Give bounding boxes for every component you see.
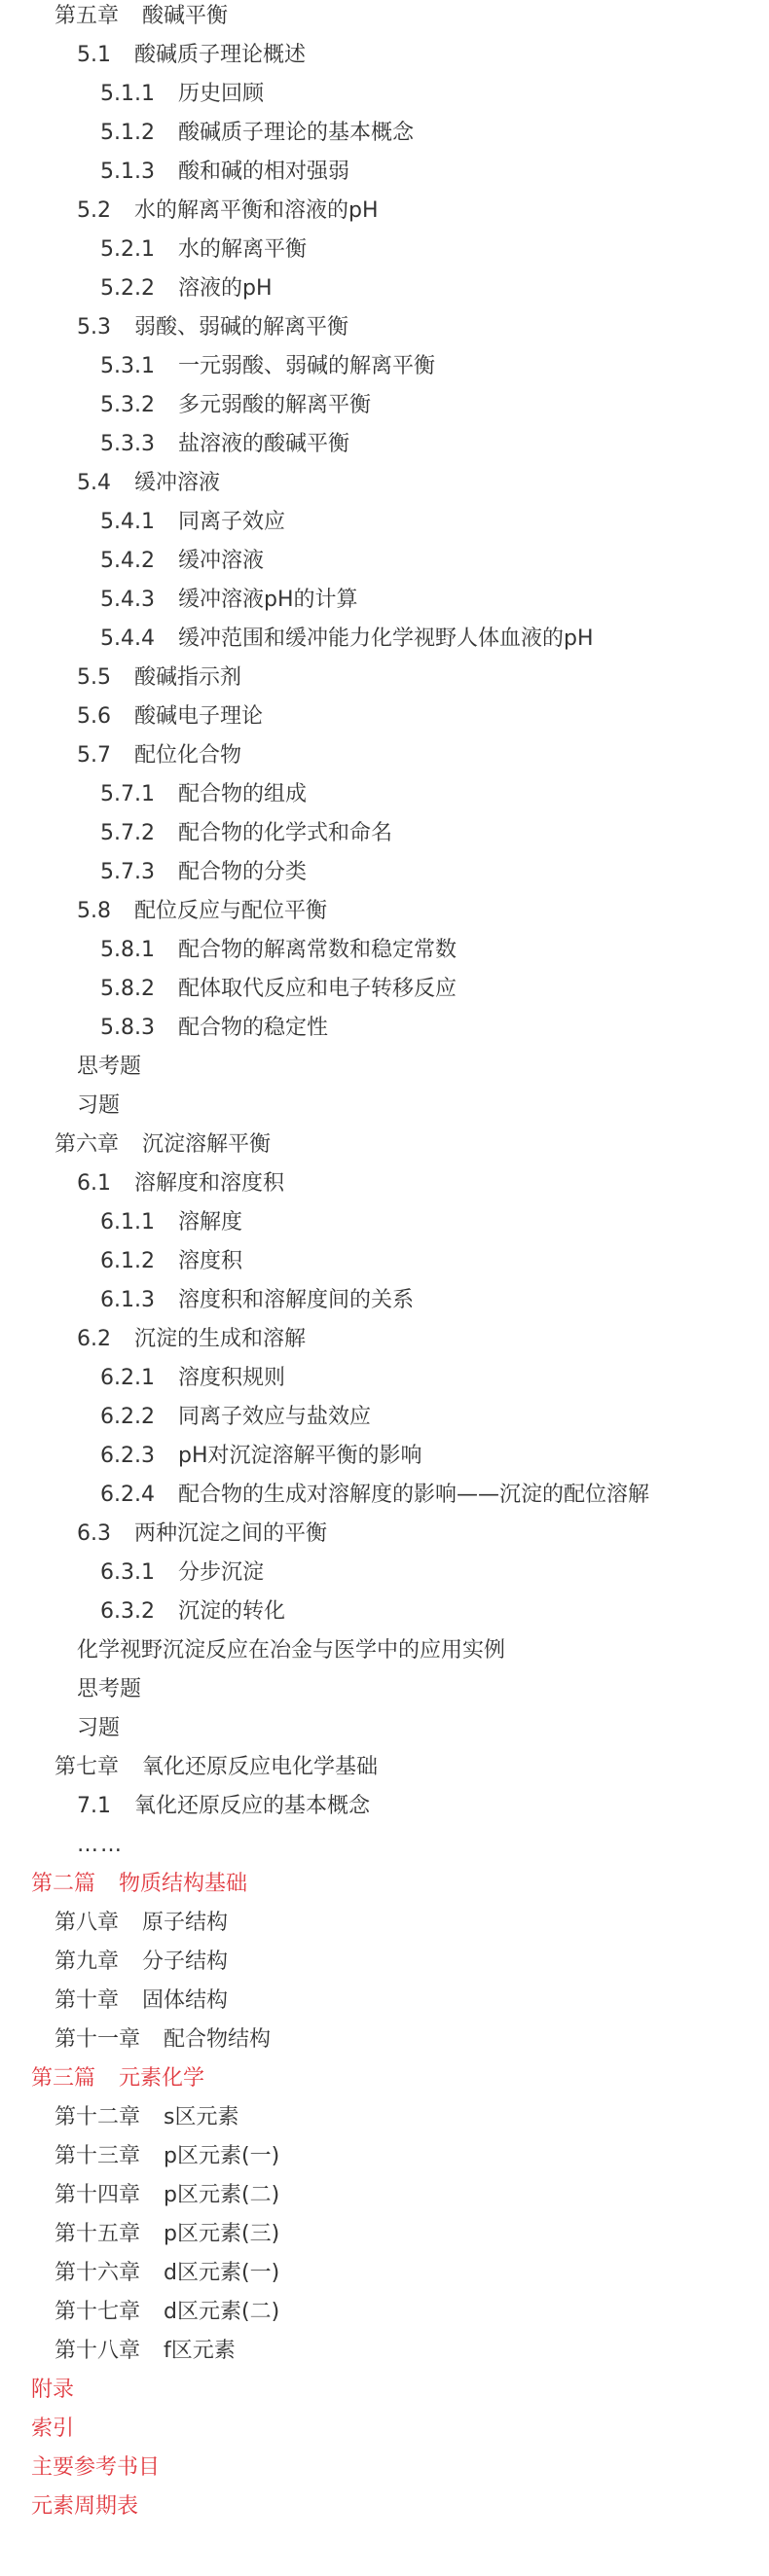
toc-title: 水的解离平衡 [178,237,307,262]
toc-title: 溶解度和溶度积 [134,1171,284,1196]
toc-subsection-link[interactable]: 6.1.3溶度积和溶解度间的关系 [0,1281,769,1320]
toc-number: 5.4.3 [100,581,155,620]
toc-subsection-link[interactable]: 6.2.4配合物的生成对溶解度的影响——沉淀的配位溶解 [0,1476,769,1515]
toc-title: 配位化合物 [134,743,241,768]
toc-number: 7.1 [77,1787,111,1826]
toc-subsection-link[interactable]: 5.2.2溶液的pH [0,269,769,308]
toc-title: 配合物的稳定性 [178,1016,328,1040]
toc-number: 5.1.1 [100,75,155,114]
toc-title: 同离子效应与盐效应 [178,1405,371,1429]
toc-title: pH对沉淀溶解平衡的影响 [178,1444,422,1468]
toc-subsection-link[interactable]: 5.7.3配合物的分类 [0,853,769,892]
toc-number: 第十六章 [55,2254,140,2293]
toc-section-link[interactable]: 6.3两种沉淀之间的平衡 [0,1515,769,1554]
toc-chapter-link[interactable]: 第十四章p区元素(二) [0,2176,769,2215]
toc-number: 6.2.3 [100,1437,155,1476]
toc-number: 5.7 [77,736,111,775]
toc-section-link[interactable]: 5.3弱酸、弱碱的解离平衡 [0,308,769,347]
toc-title: 弱酸、弱碱的解离平衡 [134,315,348,340]
toc-subsection-link[interactable]: 6.2.1溶度积规则 [0,1359,769,1398]
toc-subsection-link[interactable]: 5.7.2配合物的化学式和命名 [0,814,769,853]
toc-title: 配合物的解离常数和稳定常数 [178,938,457,962]
toc-title: 配合物的生成对溶解度的影响——沉淀的配位溶解 [178,1483,649,1507]
toc-section-link[interactable]: 化学视野沉淀反应在冶金与医学中的应用实例 [0,1631,769,1670]
toc-number: 5.1 [77,36,111,75]
toc-title: 酸碱指示剂 [134,665,241,690]
toc-chapter-link[interactable]: 第九章分子结构 [0,1943,769,1982]
toc-number: 5.2.2 [100,269,155,308]
toc-number: 5.7.2 [100,814,155,853]
toc-number: 第十一章 [55,2021,140,2059]
toc-number: 6.2.4 [100,1476,155,1515]
toc-number: 第十五章 [55,2215,140,2254]
toc-title: d区元素(二) [164,2300,279,2324]
toc-chapter-link[interactable]: 第十八章f区元素 [0,2332,769,2371]
toc-part-link[interactable]: 第二篇物质结构基础 [0,1865,769,1904]
toc-number: 第九章 [55,1943,119,1982]
toc-title: 附录 [31,2378,74,2402]
toc-subsection-link[interactable]: 5.7.1配合物的组成 [0,775,769,814]
toc-chapter-link[interactable]: 第六章沉淀溶解平衡 [0,1126,769,1164]
toc-subsection-link[interactable]: 5.8.2配体取代反应和电子转移反应 [0,970,769,1009]
toc-chapter-link[interactable]: 第七章氧化还原反应电化学基础 [0,1748,769,1787]
toc-number: 第三篇 [31,2059,95,2098]
toc-number: 5.8 [77,892,111,931]
toc-subsection-link[interactable]: 6.2.2同离子效应与盐效应 [0,1398,769,1437]
toc-title: 氧化还原反应的基本概念 [134,1794,370,1818]
toc-subsection-link[interactable]: 5.8.1配合物的解离常数和稳定常数 [0,931,769,970]
toc-title: 酸碱质子理论的基本概念 [178,121,414,145]
toc-title: 沉淀溶解平衡 [142,1132,271,1157]
toc-number: 第五章 [55,0,119,36]
toc-chapter-link[interactable]: 第十六章d区元素(一) [0,2254,769,2293]
toc-title: 沉淀的转化 [178,1599,285,1624]
toc-title: 多元弱酸的解离平衡 [178,393,371,417]
toc-title: s区元素 [164,2105,238,2129]
toc-subsection-link[interactable]: 5.8.3配合物的稳定性 [0,1009,769,1048]
toc-subsection-link[interactable]: 5.1.1历史回顾 [0,75,769,114]
toc-section-link[interactable]: 5.2水的解离平衡和溶液的pH [0,192,769,231]
toc-title: 配体取代反应和电子转移反应 [178,977,457,1001]
toc-section-link[interactable]: 习题 [0,1709,769,1748]
toc-title: d区元素(一) [164,2261,279,2285]
toc-number: 第七章 [55,1748,119,1787]
toc-title: 分步沉淀 [178,1560,264,1585]
toc-number: 5.7.3 [100,853,155,892]
toc-number: 6.1.3 [100,1281,155,1320]
toc-title: p区元素(一) [164,2144,279,2168]
toc-subsection-link[interactable]: 6.3.1分步沉淀 [0,1554,769,1592]
toc-title: 酸碱质子理论概述 [134,43,306,67]
toc-number: 5.4 [77,464,111,503]
toc-number: 6.2 [77,1320,111,1359]
toc-subsection-link[interactable]: 5.4.3缓冲溶液pH的计算 [0,581,769,620]
toc-number: 第六章 [55,1126,119,1164]
toc-section-link[interactable]: 5.1酸碱质子理论概述 [0,36,769,75]
toc-subsection-link[interactable]: 5.2.1水的解离平衡 [0,231,769,269]
toc-number: 5.6 [77,698,111,736]
toc-subsection-link[interactable]: 5.4.2缓冲溶液 [0,542,769,581]
toc-subsection-link[interactable]: 6.1.1溶解度 [0,1203,769,1242]
toc-title: 一元弱酸、弱碱的解离平衡 [178,354,435,378]
toc-subsection-link[interactable]: 5.3.3盐溶液的酸碱平衡 [0,425,769,464]
toc-section-link[interactable]: 5.8配位反应与配位平衡 [0,892,769,931]
toc-section-link[interactable]: 思考题 [0,1670,769,1709]
toc-title: 元素周期表 [31,2494,138,2519]
toc-chapter-link[interactable]: 第八章原子结构 [0,1904,769,1943]
toc-title: 缓冲溶液pH的计算 [178,588,358,612]
toc-title: p区元素(二) [164,2183,279,2207]
toc-number: 第十章 [55,1982,119,2021]
toc-number: 6.2.1 [100,1359,155,1398]
toc-subsection-link[interactable]: 5.1.3酸和碱的相对强弱 [0,153,769,192]
toc-part-link[interactable]: 第三篇元素化学 [0,2059,769,2098]
toc-title: 元素化学 [119,2066,204,2091]
toc-title: 物质结构基础 [119,1872,247,1896]
toc-section-link[interactable]: 7.1氧化还原反应的基本概念 [0,1787,769,1826]
toc-number: 5.1.2 [100,114,155,153]
toc-title: 思考题 [77,1055,141,1079]
toc-title: 配合物结构 [164,2027,271,2052]
toc-title: 缓冲范围和缓冲能力化学视野人体血液的pH [178,626,594,651]
toc-chapter-link[interactable]: 第五章酸碱平衡 [0,0,769,36]
toc-chapter-link[interactable]: 第十一章配合物结构 [0,2021,769,2059]
toc-title: 历史回顾 [178,82,264,106]
toc-title: 溶解度 [178,1210,242,1234]
toc-chapter-link[interactable]: 第十章固体结构 [0,1982,769,2021]
toc-number: 5.8.2 [100,970,155,1009]
toc-title: 配合物的组成 [178,782,307,806]
toc-subsection-link[interactable]: 5.4.1同离子效应 [0,503,769,542]
toc-title: 氧化还原反应电化学基础 [142,1755,378,1779]
toc-number: 5.3.3 [100,425,155,464]
toc-number: 5.8.3 [100,1009,155,1048]
toc-title: f区元素 [164,2339,236,2363]
toc-number: 第二篇 [31,1865,95,1904]
toc-title: 缓冲溶液 [178,549,264,573]
toc-title: 两种沉淀之间的平衡 [134,1521,327,1546]
toc-chapter-link[interactable]: 第十三章p区元素(一) [0,2137,769,2176]
toc-number: 6.1.1 [100,1203,155,1242]
toc-number: 5.5 [77,659,111,698]
toc-section-link[interactable]: 习题 [0,1087,769,1126]
toc-title: 溶度积和溶解度间的关系 [178,1288,414,1312]
toc-subsection-link[interactable]: 5.3.2多元弱酸的解离平衡 [0,386,769,425]
toc-section-link[interactable]: 思考题 [0,1048,769,1087]
toc-subsection-link[interactable]: 6.3.2沉淀的转化 [0,1592,769,1631]
toc-section-link[interactable]: …… [0,1826,769,1865]
toc-number: 6.2.2 [100,1398,155,1437]
toc-part-link[interactable]: 主要参考书目 [0,2449,769,2487]
toc-title: 酸碱电子理论 [134,704,263,729]
toc-number: 5.8.1 [100,931,155,970]
toc-section-link[interactable]: 5.6酸碱电子理论 [0,698,769,736]
toc-number: 5.2 [77,192,111,231]
toc-title: 水的解离平衡和溶液的pH [134,198,379,223]
toc-title: 配合物的化学式和命名 [178,821,392,845]
toc-title: 思考题 [77,1677,141,1701]
toc-chapter-link[interactable]: 第十五章p区元素(三) [0,2215,769,2254]
toc-number: 5.4.2 [100,542,155,581]
toc-title: p区元素(三) [164,2222,279,2246]
toc-number: 6.3.2 [100,1592,155,1631]
toc-title: 配合物的分类 [178,860,307,884]
toc-title: 习题 [77,1716,120,1740]
toc-title: 盐溶液的酸碱平衡 [178,432,349,456]
toc-subsection-link[interactable]: 6.1.2溶度积 [0,1242,769,1281]
toc-title: 分子结构 [142,1950,228,1974]
toc-subsection-link[interactable]: 5.3.1一元弱酸、弱碱的解离平衡 [0,347,769,386]
toc-number: 6.3 [77,1515,111,1554]
toc-title: 原子结构 [142,1911,228,1935]
toc-title: 溶度积规则 [178,1366,285,1390]
toc-chapter-link[interactable]: 第十二章s区元素 [0,2098,769,2137]
toc-number: 5.3.2 [100,386,155,425]
toc-title: 化学视野沉淀反应在冶金与医学中的应用实例 [77,1638,505,1663]
toc-part-link[interactable]: 索引 [0,2410,769,2449]
toc-title: 酸碱平衡 [142,4,228,28]
toc-subsection-link[interactable]: 6.2.3pH对沉淀溶解平衡的影响 [0,1437,769,1476]
toc-section-link[interactable]: 5.7配位化合物 [0,736,769,775]
toc-title: 缓冲溶液 [134,471,220,495]
toc-title: 习题 [77,1093,120,1118]
toc-section-link[interactable]: 5.5酸碱指示剂 [0,659,769,698]
toc-part-link[interactable]: 附录 [0,2371,769,2410]
toc-number: 第八章 [55,1904,119,1943]
toc-number: 第十三章 [55,2137,140,2176]
toc-section-link[interactable]: 6.1溶解度和溶度积 [0,1164,769,1203]
toc-number: 5.1.3 [100,153,155,192]
toc-number: 6.1 [77,1164,111,1203]
toc-number: 第十八章 [55,2332,140,2371]
toc-title: 主要参考书目 [31,2455,160,2480]
toc-number: 5.3 [77,308,111,347]
toc-section-link[interactable]: 5.4缓冲溶液 [0,464,769,503]
toc-title: 固体结构 [142,1988,228,2013]
toc-section-link[interactable]: 6.2沉淀的生成和溶解 [0,1320,769,1359]
toc-title: 酸和碱的相对强弱 [178,160,349,184]
toc-chapter-link[interactable]: 第十七章d区元素(二) [0,2293,769,2332]
toc-number: 5.2.1 [100,231,155,269]
toc-title: 配位反应与配位平衡 [134,899,327,923]
toc-title: 沉淀的生成和溶解 [134,1327,306,1351]
toc-number: 5.4.1 [100,503,155,542]
toc-number: 第十四章 [55,2176,140,2215]
toc-title: 索引 [31,2416,74,2441]
toc-number: 第十七章 [55,2293,140,2332]
toc-number: 6.3.1 [100,1554,155,1592]
table-of-contents: 第五章酸碱平衡5.1酸碱质子理论概述5.1.1历史回顾5.1.2酸碱质子理论的基… [0,0,769,2526]
toc-title: 溶度积 [178,1249,242,1273]
toc-title: …… [77,1833,124,1857]
toc-number: 5.4.4 [100,620,155,659]
toc-subsection-link[interactable]: 5.4.4缓冲范围和缓冲能力化学视野人体血液的pH [0,620,769,659]
toc-subsection-link[interactable]: 5.1.2酸碱质子理论的基本概念 [0,114,769,153]
toc-number: 6.1.2 [100,1242,155,1281]
toc-number: 5.3.1 [100,347,155,386]
toc-title: 同离子效应 [178,510,285,534]
toc-number: 第十二章 [55,2098,140,2137]
toc-title: 溶液的pH [178,276,273,301]
toc-number: 5.7.1 [100,775,155,814]
toc-part-link[interactable]: 元素周期表 [0,2487,769,2526]
